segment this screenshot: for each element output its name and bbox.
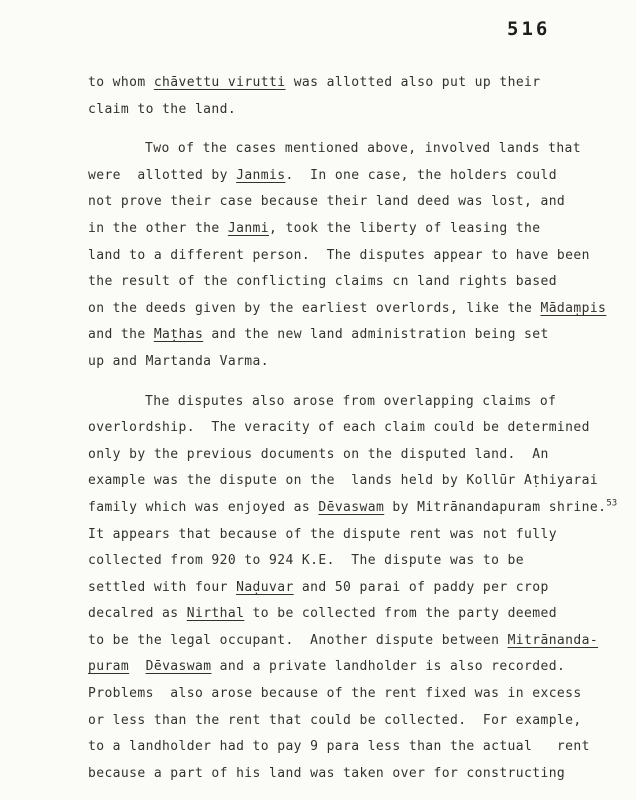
text-segment: and the new land administration being se… [203, 327, 549, 342]
text-line: because a part of his land was taken ove… [88, 761, 628, 788]
text-line: overlordship. The veracity of each claim… [88, 415, 628, 442]
page-body: to whom chāvettu virutti was allotted al… [88, 70, 628, 787]
text-segment: overlordship. The veracity of each claim… [88, 420, 590, 435]
paragraph: to whom chāvettu virutti was allotted al… [88, 70, 628, 123]
text-segment: because a part of his land was taken ove… [88, 766, 565, 781]
underlined-term: Janmis [236, 168, 285, 183]
text-line: were allotted by Janmis. In one case, th… [88, 163, 628, 190]
text-line: land to a different person. The disputes… [88, 243, 628, 270]
text-segment: to whom [88, 75, 154, 90]
text-line: family which was enjoyed as Dēvaswam by … [88, 495, 628, 522]
text-segment: to be the legal occupant. Another disput… [88, 633, 508, 648]
underlined-term: Mitrānanda- [508, 633, 599, 648]
page-number: 516 [507, 18, 550, 40]
text-line: to whom chāvettu virutti was allotted al… [88, 70, 628, 97]
text-line: Problems also arose because of the rent … [88, 681, 628, 708]
text-line: decalred as Nirthal to be collected from… [88, 601, 628, 628]
underlined-term: Dēvaswam [318, 500, 384, 515]
text-line: claim to the land. [88, 97, 628, 124]
text-segment: in the other the [88, 221, 228, 236]
underlined-term: puram [88, 659, 129, 674]
underlined-term: Nirthal [187, 606, 245, 621]
text-line: on the deeds given by the earliest overl… [88, 296, 628, 323]
text-segment: were allotted by [88, 168, 236, 183]
text-line: Two of the cases mentioned above, involv… [88, 136, 628, 163]
text-segment: settled with four [88, 580, 236, 595]
text-line: to be the legal occupant. Another disput… [88, 628, 628, 655]
text-line: puram Dēvaswam and a private landholder … [88, 654, 628, 681]
text-segment: collected from 920 to 924 K.E. The dispu… [88, 553, 524, 568]
text-segment: to a landholder had to pay 9 para less t… [88, 739, 590, 754]
underlined-term: Maṭhas [154, 327, 203, 342]
text-segment: The disputes also arose from overlapping… [145, 394, 556, 409]
text-segment: family which was enjoyed as [88, 500, 318, 515]
text-segment: up and Martanda Varma. [88, 354, 269, 369]
underlined-term: Mādaṃpis [540, 301, 606, 316]
text-line: only by the previous documents on the di… [88, 442, 628, 469]
text-segment: only by the previous documents on the di… [88, 447, 549, 462]
text-segment: claim to the land. [88, 102, 236, 117]
text-line: It appears that because of the dispute r… [88, 522, 628, 549]
text-line: the result of the conflicting claims cn … [88, 269, 628, 296]
footnote-ref: 53 [606, 499, 617, 509]
text-segment: on the deeds given by the earliest overl… [88, 301, 540, 316]
text-line: up and Martanda Varma. [88, 349, 628, 376]
text-line: settled with four Naḍuvar and 50 parai o… [88, 575, 628, 602]
text-line: example was the dispute on the lands hel… [88, 468, 628, 495]
paragraph: Two of the cases mentioned above, involv… [88, 136, 628, 375]
underlined-term: Naḍuvar [236, 580, 294, 595]
text-segment: , took the liberty of leasing the [269, 221, 540, 236]
text-line: The disputes also arose from overlapping… [88, 389, 628, 416]
text-segment: the result of the conflicting claims cn … [88, 274, 557, 289]
text-segment: or less than the rent that could be coll… [88, 713, 582, 728]
text-segment: not prove their case because their land … [88, 194, 565, 209]
text-line: collected from 920 to 924 K.E. The dispu… [88, 548, 628, 575]
text-line: in the other the Janmi, took the liberty… [88, 216, 628, 243]
text-segment: and 50 parai of paddy per crop [294, 580, 549, 595]
text-segment [129, 659, 145, 674]
text-segment: Problems also arose because of the rent … [88, 686, 582, 701]
paragraph: The disputes also arose from overlapping… [88, 389, 628, 788]
text-segment: . In one case, the holders could [285, 168, 556, 183]
text-segment: It appears that because of the dispute r… [88, 527, 557, 542]
text-segment: was allotted also put up their [285, 75, 540, 90]
text-segment: example was the dispute on the lands hel… [88, 473, 598, 488]
text-segment: and the [88, 327, 154, 342]
text-line: not prove their case because their land … [88, 189, 628, 216]
text-segment: Two of the cases mentioned above, involv… [145, 141, 581, 156]
underlined-term: Dēvaswam [146, 659, 212, 674]
text-segment: land to a different person. The disputes… [88, 248, 590, 263]
text-segment: to be collected from the party deemed [244, 606, 557, 621]
text-line: to a landholder had to pay 9 para less t… [88, 734, 628, 761]
underlined-term: Janmi [228, 221, 269, 236]
underlined-term: chāvettu virutti [154, 75, 286, 90]
text-segment: decalred as [88, 606, 187, 621]
text-segment: and a private landholder is also recorde… [211, 659, 565, 674]
text-segment: by Mitrānandapuram shrine. [384, 500, 606, 515]
text-line: or less than the rent that could be coll… [88, 708, 628, 735]
text-line: and the Maṭhas and the new land administ… [88, 322, 628, 349]
